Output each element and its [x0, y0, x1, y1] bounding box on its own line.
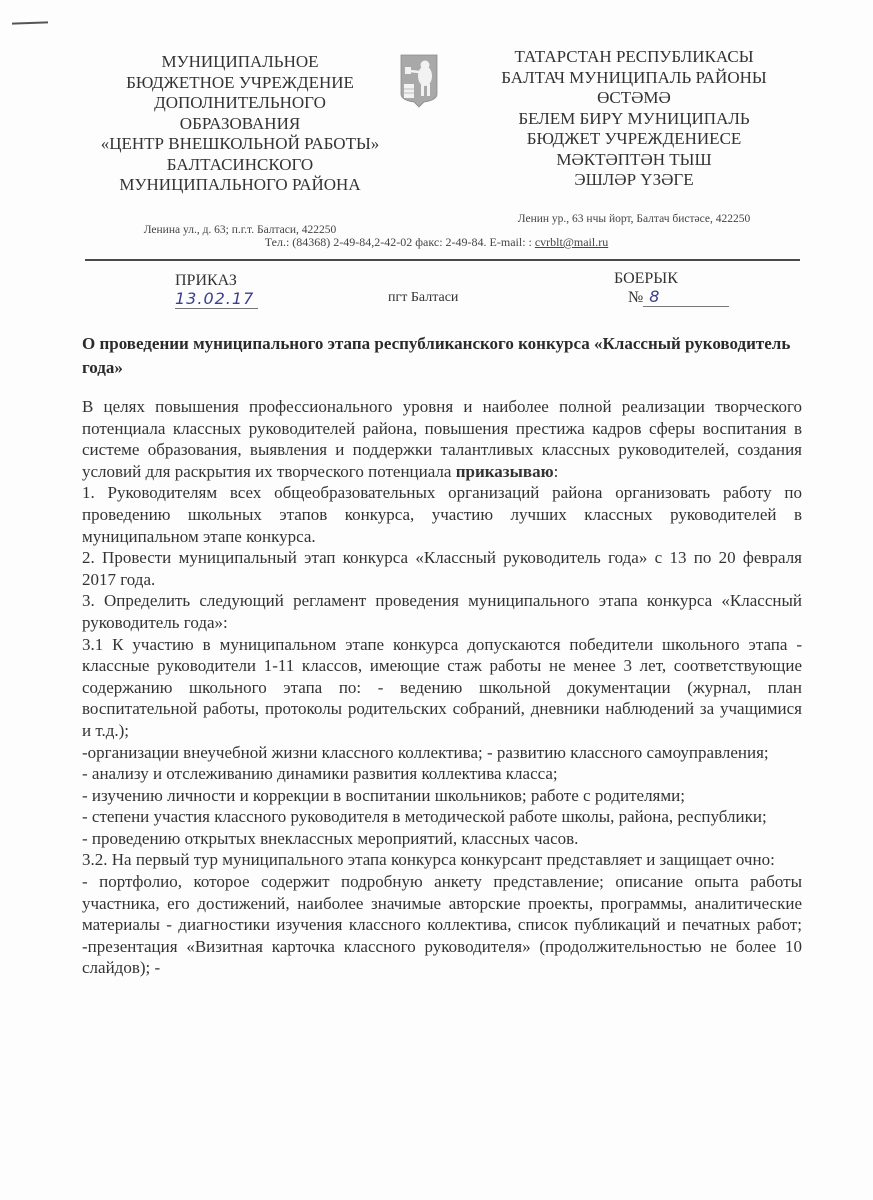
header-left-line: МУНИЦИПАЛЬНОГО РАЙОНА	[80, 175, 400, 196]
intro-colon: :	[554, 462, 559, 481]
header-right-line: БЮДЖЕТ УЧРЕЖДЕНИЕСЕ	[484, 129, 784, 150]
contact-phone-fax: Тел.: (84368) 2-49-84,2-42-02 факс: 2-49…	[265, 235, 535, 249]
item-3-2-portfolio: - портфолио, которое содержит подробную …	[82, 871, 802, 979]
header-right-institution: ТАТАРСТАН РЕСПУБЛИКАСЫ БАЛТАЧ МУНИЦИПАЛЬ…	[484, 47, 784, 226]
item-3-1-organization: -организации внеучебной жизни классного …	[82, 742, 802, 764]
item-3: 3. Определить следующий регламент провед…	[82, 590, 802, 633]
order-date-handwritten: 13.02.17	[175, 290, 258, 309]
header-left-line: ДОПОЛНИТЕЛЬНОГО	[80, 93, 400, 114]
header-right-line: ТАТАРСТАН РЕСПУБЛИКАСЫ	[484, 47, 784, 68]
header-right-line: МӘКТӘПТӘН ТЫШ	[484, 150, 784, 171]
document-body: В целях повышения профессионального уров…	[82, 396, 802, 979]
item-3-1: 3.1 К участию в муниципальном этапе конк…	[82, 634, 802, 742]
item-1: 1. Руководителям всех общеобразовательны…	[82, 482, 802, 547]
header-left-line: БЮДЖЕТНОЕ УЧРЕЖДЕНИЕ	[80, 73, 400, 94]
header-left-institution: МУНИЦИПАЛЬНОЕ БЮДЖЕТНОЕ УЧРЕЖДЕНИЕ ДОПОЛ…	[80, 52, 400, 237]
intro-text: В целях повышения профессионального уров…	[82, 397, 802, 481]
intro-directive: приказываю	[456, 462, 554, 481]
order-number-block: БОЕРЫК №8	[614, 270, 729, 307]
order-label-tatar: БОЕРЫК	[614, 270, 729, 288]
header-right-address: Ленин ур., 63 нчы йорт, Балтач бистәсе, …	[484, 212, 784, 226]
scan-corner-mark	[12, 21, 48, 24]
header-right-line: ӨСТӘМӘ	[484, 88, 784, 109]
intro-paragraph: В целях повышения профессионального уров…	[82, 396, 802, 482]
item-3-1-methodical: - степени участия классного руководителя…	[82, 806, 802, 828]
document-title: О проведении муниципального этапа респуб…	[82, 332, 802, 380]
header-right-line: БАЛТАЧ МУНИЦИПАЛЬ РАЙОНЫ	[484, 68, 784, 89]
contact-email-link[interactable]: cvrblt@mail.ru	[535, 235, 608, 249]
item-3-1-open-events: - проведению открытых внеклассных меропр…	[82, 828, 802, 850]
header-left-line: БАЛТАСИНСКОГО	[80, 155, 400, 176]
order-label: ПРИКАЗ	[175, 272, 258, 290]
item-3-1-personality: - изучению личности и коррекции в воспит…	[82, 785, 802, 807]
header-left-line: «ЦЕНТР ВНЕШКОЛЬНОЙ РАБОТЫ»	[80, 134, 400, 155]
item-2: 2. Провести муниципальный этап конкурса …	[82, 547, 802, 590]
order-place: пгт Балтаси	[388, 290, 458, 306]
header-left-line: МУНИЦИПАЛЬНОЕ	[80, 52, 400, 73]
header-right-line: БЕЛЕМ БИРҮ МУНИЦИПАЛЬ	[484, 109, 784, 130]
order-number-handwritten: 8	[643, 288, 729, 307]
number-sign: №	[628, 289, 643, 306]
item-3-2: 3.2. На первый тур муниципального этапа …	[82, 849, 802, 871]
order-label-block: ПРИКАЗ 13.02.17	[175, 272, 258, 309]
header-right-line: ЭШЛӘР ҮЗӘГЕ	[484, 170, 784, 191]
item-3-1-analysis: - анализу и отслеживанию динамики развит…	[82, 763, 802, 785]
header-divider	[85, 259, 800, 261]
contact-line: Тел.: (84368) 2-49-84,2-42-02 факс: 2-49…	[0, 235, 873, 250]
header-left-line: ОБРАЗОВАНИЯ	[80, 114, 400, 135]
bear-coat-of-arms-icon	[400, 54, 438, 108]
order-number-line: №8	[614, 288, 729, 307]
